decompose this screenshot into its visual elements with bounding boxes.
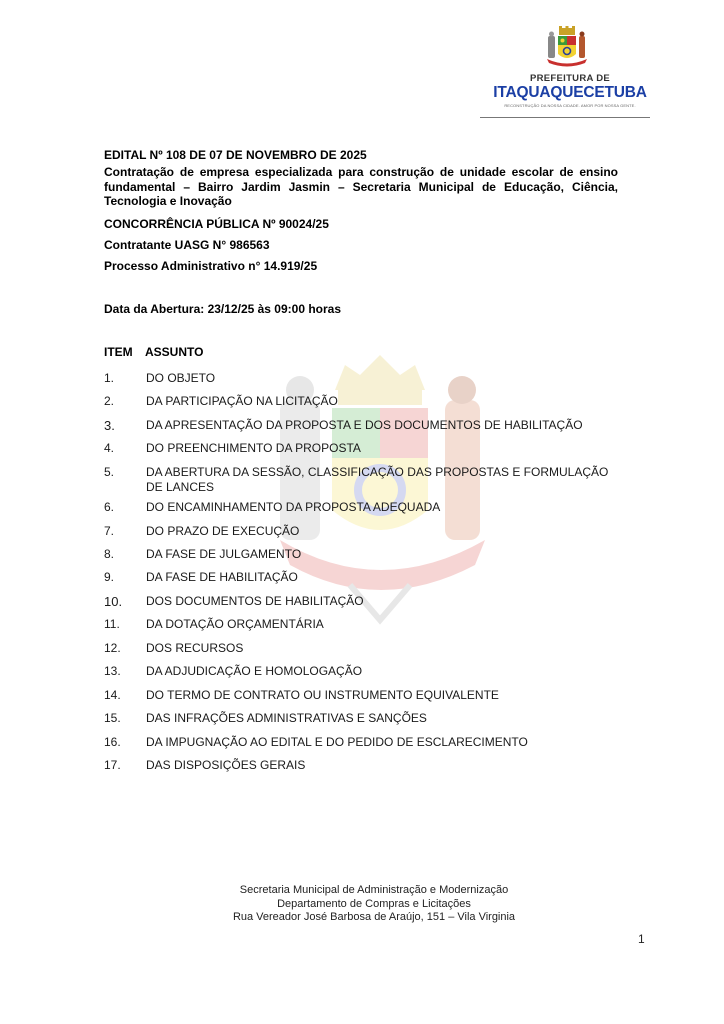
data-abertura: Data da Abertura: 23/12/25 às 09:00 hora…: [104, 302, 341, 316]
edital-subject: Contratação de empresa especializada par…: [104, 165, 618, 209]
footer-departamento: Departamento de Compras e Licitações: [200, 898, 548, 912]
toc-item-title: DA FASE DE JULGAMENTO: [146, 547, 626, 562]
toc-header: ITEM ASSUNTO: [104, 345, 133, 359]
toc-item-number: 5.: [104, 465, 114, 480]
toc-item-title: DA DOTAÇÃO ORÇAMENTÁRIA: [146, 617, 626, 632]
toc-item-number: 15.: [104, 711, 121, 726]
toc-item-number: 8.: [104, 547, 114, 562]
logo-org-line1: PREFEITURA DE: [480, 73, 660, 84]
toc-item-number: 12.: [104, 641, 121, 656]
toc-item-title: DOS DOCUMENTOS DE HABILITAÇÃO: [146, 594, 626, 609]
toc-item-number: 2.: [104, 394, 114, 409]
toc-item-title: DAS INFRAÇÕES ADMINISTRATIVAS E SANÇÕES: [146, 711, 626, 726]
toc-item-title: DO TERMO DE CONTRATO OU INSTRUMENTO EQUI…: [146, 688, 626, 703]
footer-address: Rua Vereador José Barbosa de Araújo, 151…: [200, 911, 548, 925]
footer-secretaria: Secretaria Municipal de Administração e …: [200, 884, 548, 898]
toc-item-number: 16.: [104, 735, 121, 750]
prefeitura-logo: PREFEITURA DE ITAQUAQUECETUBA RECONSTRUÇ…: [480, 26, 660, 114]
toc-item-title: DA FASE DE HABILITAÇÃO: [146, 570, 626, 585]
toc-item-title: DO ENCAMINHAMENTO DA PROPOSTA ADEQUADA: [146, 500, 626, 515]
toc-item-title: DA APRESENTAÇÃO DA PROPOSTA E DOS DOCUME…: [146, 418, 626, 433]
page-number: 1: [638, 932, 645, 946]
processo-administrativo: Processo Administrativo n° 14.919/25: [104, 259, 317, 273]
toc-item-number: 6.: [104, 500, 114, 515]
toc-item-title: DOS RECURSOS: [146, 641, 626, 656]
toc-item-number: 7.: [104, 524, 114, 539]
toc-item-title: DO PREENCHIMENTO DA PROPOSTA: [146, 441, 626, 456]
document-page: PREFEITURA DE ITAQUAQUECETUBA RECONSTRUÇ…: [0, 0, 724, 1024]
header-divider: [480, 117, 650, 118]
toc-item-number: 4.: [104, 441, 114, 456]
toc-item-number: 14.: [104, 688, 121, 703]
logo-org-line2: ITAQUAQUECETUBA: [480, 84, 660, 102]
edital-title: EDITAL Nº 108 DE 07 DE NOVEMBRO DE 2025: [104, 148, 367, 162]
footer: Secretaria Municipal de Administração e …: [200, 884, 548, 925]
toc-col-assunto: ASSUNTO: [145, 345, 203, 359]
coat-of-arms-icon: [542, 26, 592, 70]
toc-item-number: 17.: [104, 758, 121, 773]
toc-item-number: 10.: [104, 594, 122, 609]
toc-item-number: 13.: [104, 664, 121, 679]
toc-item-title: DO PRAZO DE EXECUÇÃO: [146, 524, 626, 539]
toc-item-title: DAS DISPOSIÇÕES GERAIS: [146, 758, 626, 773]
toc-item-title: DA IMPUGNAÇÃO AO EDITAL E DO PEDIDO DE E…: [146, 735, 626, 750]
toc-item-number: 1.: [104, 371, 114, 386]
toc-item-title: DA ABERTURA DA SESSÃO, CLASSIFICAÇÃO DAS…: [146, 465, 626, 495]
toc-item-number: 9.: [104, 570, 114, 585]
toc-item-title: DO OBJETO: [146, 371, 626, 386]
logo-slogan: RECONSTRUÇÃO DA NOSSA CIDADE. AMOR POR N…: [480, 103, 660, 108]
toc-item-number: 3.: [104, 418, 115, 433]
toc-item-number: 11.: [104, 617, 120, 632]
toc-item-title: DA ADJUDICAÇÃO E HOMOLOGAÇÃO: [146, 664, 626, 679]
contratante-uasg: Contratante UASG N° 986563: [104, 238, 270, 252]
toc-col-item: ITEM: [104, 345, 133, 359]
concorrencia-number: CONCORRÊNCIA PÚBLICA Nº 90024/25: [104, 217, 329, 231]
toc-item-title: DA PARTICIPAÇÃO NA LICITAÇÃO: [146, 394, 626, 409]
